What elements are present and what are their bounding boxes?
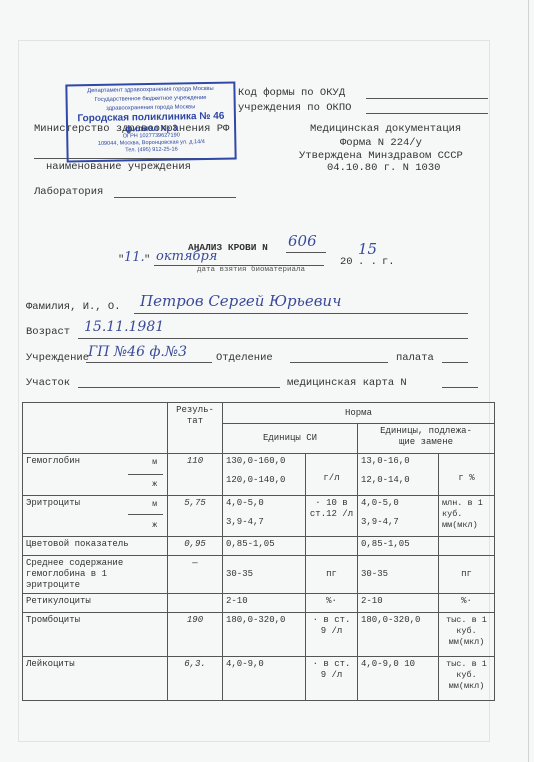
laboratory-field[interactable] <box>114 197 236 198</box>
okpo-field[interactable] <box>366 113 488 114</box>
patient-institution[interactable]: ГП №46 ф.№3 <box>88 344 187 360</box>
si-norm: 2-10 <box>223 594 306 613</box>
patient-age[interactable]: 15.11.1981 <box>84 319 164 335</box>
department-field[interactable] <box>290 362 388 363</box>
approval-date: 04.10.80 г. N 1030 <box>327 162 440 174</box>
ward-field[interactable] <box>442 362 468 363</box>
old-norm: 0,85-1,05 <box>358 537 439 556</box>
header-result: Резуль- тат <box>168 403 223 454</box>
header-norm: Норма <box>223 403 495 424</box>
header-old-units: Единицы, подлежа- щие замене <box>358 424 495 454</box>
district-label: Участок <box>26 377 70 389</box>
row-name: Среднее содержание гемоглобина в 1 эритр… <box>23 556 168 594</box>
result-value[interactable]: 6,3. <box>168 657 223 701</box>
laboratory-label: Лаборатория <box>34 186 103 198</box>
year-prefix: 20 <box>340 256 353 268</box>
institution-field-line <box>86 362 212 363</box>
old-norm: 2-10 <box>358 594 439 613</box>
analysis-month[interactable]: октября <box>156 249 217 264</box>
si-norm: 0,85-1,05 <box>223 537 306 556</box>
result-value[interactable] <box>168 594 223 613</box>
row-name: Ретикулоциты <box>23 594 168 613</box>
row-name: Тромбоциты <box>23 613 168 657</box>
result-value[interactable]: 0,95 <box>168 537 223 556</box>
table-row: Лейкоциты 6,3. 4,0-9,0 · в ст. 9 /л 4,0-… <box>23 657 495 701</box>
table-row: Тромбоциты 190 180,0-320,0 · в ст. 9 /л … <box>23 613 495 657</box>
row-name: Эритроциты <box>26 498 80 508</box>
si-unit: · в ст. 9 /л <box>306 613 358 657</box>
stamp-line-2: Государственное бюджетное учреждение <box>68 95 234 105</box>
patient-name[interactable]: Петров Сергей Юрьевич <box>140 292 341 310</box>
okpo-label: учреждения по ОКПО <box>238 102 351 114</box>
row-name: Цветовой показатель <box>23 537 168 556</box>
card-label: медицинская карта N <box>287 377 407 389</box>
result-value[interactable]: 110 <box>168 454 223 496</box>
card-number-field[interactable] <box>442 387 478 388</box>
sex-female: ж <box>152 479 157 490</box>
okud-label: Код формы по ОКУД <box>238 87 345 99</box>
old-unit: млн. в 1 куб. мм(мкл) <box>439 496 495 537</box>
form-number: Форма N 224/у <box>340 137 422 149</box>
old-unit: г % <box>439 454 495 496</box>
stamp-phone: Тел. (495) 912-25-16 <box>68 146 234 156</box>
age-field-line <box>78 338 468 339</box>
result-value[interactable]: — <box>168 556 223 594</box>
old-unit: пг <box>439 556 495 594</box>
si-unit: пг <box>306 556 358 594</box>
si-norm-male: 130,0-160,0 <box>226 456 302 467</box>
old-norm-male: 13,0-16,0 <box>361 456 435 467</box>
page-edge <box>528 0 529 762</box>
si-unit: · в ст. 9 /л <box>306 657 358 701</box>
header-empty <box>23 403 168 454</box>
sex-divider <box>128 474 163 475</box>
year-end: г. <box>382 256 395 268</box>
table-row: Цветовой показатель 0,95 0,85-1,05 0,85-… <box>23 537 495 556</box>
department-label: Отделение <box>216 352 273 364</box>
blood-analysis-table: Резуль- тат Норма Единицы СИ Единицы, по… <box>22 402 495 701</box>
clinic-stamp: Департамент здравоохранения города Москв… <box>65 82 236 163</box>
si-norm: 4,0-9,0 <box>223 657 306 701</box>
old-unit: тыс. в 1 куб. мм(мкл) <box>439 657 495 701</box>
doc-type: Медицинская документация <box>310 123 461 135</box>
old-norm-female: 12,0-14,0 <box>361 475 435 486</box>
old-norm: 4,0-9,0 10 <box>358 657 439 701</box>
si-unit: %· <box>306 594 358 613</box>
ward-label: палата <box>396 352 434 364</box>
row-name: Лейкоциты <box>23 657 168 701</box>
si-unit <box>306 537 358 556</box>
old-norm: 180,0-320,0 <box>358 613 439 657</box>
analysis-day[interactable]: 11. <box>124 250 145 265</box>
table-row: Среднее содержание гемоглобина в 1 эритр… <box>23 556 495 594</box>
old-norm: 30-35 <box>358 556 439 594</box>
sex-male: м <box>152 457 157 468</box>
age-label: Возраст <box>26 326 70 338</box>
result-value[interactable]: 5,75 <box>168 496 223 537</box>
si-unit: г/л <box>306 454 358 496</box>
date-caption: дата взятия биоматериала <box>197 266 305 274</box>
header-si-units: Единицы СИ <box>223 424 358 454</box>
si-norm: 30-35 <box>223 556 306 594</box>
stamp-line-1: Департамент здравоохранения города Москв… <box>67 86 233 96</box>
institution-label: Учреждение <box>26 352 89 364</box>
old-unit: тыс. в 1 куб. мм(мкл) <box>439 613 495 657</box>
table-row: Ретикулоциты 2-10 %· 2-10 %· <box>23 594 495 613</box>
result-value[interactable]: 190 <box>168 613 223 657</box>
sex-male: м <box>152 499 157 510</box>
old-norm-female: 3,9-4,7 <box>361 517 435 528</box>
si-norm: 180,0-320,0 <box>223 613 306 657</box>
analysis-number-line <box>286 252 326 253</box>
sex-divider <box>128 514 163 515</box>
si-norm-female: 120,0-140,0 <box>226 475 302 486</box>
old-unit: %· <box>439 594 495 613</box>
approval-authority: Утверждена Минздравом СССР <box>299 150 463 162</box>
district-field[interactable] <box>78 387 280 388</box>
sex-female: ж <box>152 520 157 531</box>
old-norm-male: 4,0-5,0 <box>361 498 435 509</box>
old-unit <box>439 537 495 556</box>
si-norm-male: 4,0-5,0 <box>226 498 302 509</box>
name-label: Фамилия, И., О. <box>26 301 121 313</box>
table-row: Эритроциты м ж 5,75 4,0-5,03,9-4,7 · 10 … <box>23 496 495 537</box>
analysis-number[interactable]: 606 <box>288 232 317 250</box>
table-row: Гемоглобин м ж 110 130,0-160,0120,0-140,… <box>23 454 495 496</box>
date-quote-close: " <box>144 254 150 266</box>
si-unit: · 10 в ст.12 /л <box>306 496 358 537</box>
si-norm-female: 3,9-4,7 <box>226 517 302 528</box>
row-name: Гемоглобин <box>26 456 80 466</box>
institution-caption: наименование учреждения <box>46 161 191 173</box>
okud-field[interactable] <box>366 98 488 99</box>
name-field-line <box>134 313 468 314</box>
